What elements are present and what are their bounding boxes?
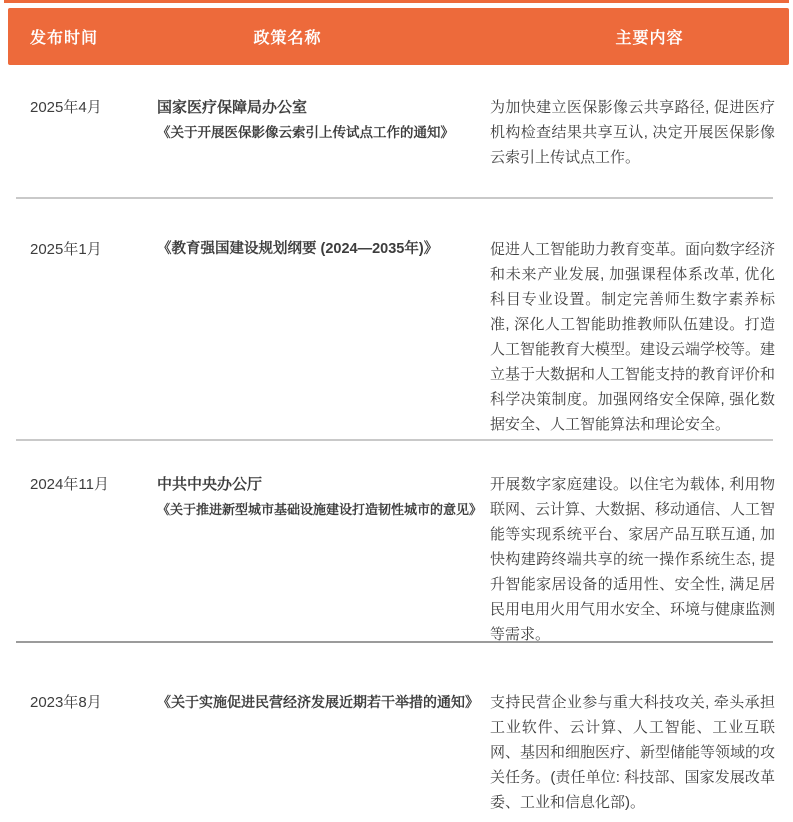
table-row: 2023年8月 《关于实施促进民营经济发展近期若干举措的通知》 支持民营企业参与… [0,643,793,822]
policy-summary: 支持民营企业参与重大科技攻关, 牵头承担工业软件、云计算、人工智能、工业互联网、… [490,690,775,815]
policy-title: 《关于实施促进民营经济发展近期若干举措的通知》 [157,690,482,715]
publish-date: 2024年11月 [30,472,157,497]
policy-title: 《教育强国建设规划纲要 (2024—2035年)》 [157,237,482,262]
table-row: 2025年1月 《教育强国建设规划纲要 (2024—2035年)》 促进人工智能… [0,199,793,439]
table-header: 发布时间 政策名称 主要内容 [8,8,789,65]
publish-date: 2025年1月 [30,237,157,262]
policy-name: 《关于实施促进民营经济发展近期若干举措的通知》 [157,690,490,715]
table-row: 2025年4月 国家医疗保障局办公室 《关于开展医保影像云索引上传试点工作的通知… [0,65,793,197]
column-header-policy-name: 政策名称 [121,25,454,48]
policy-title: 《关于推进新型城市基础设施建设打造韧性城市的意见》 [157,497,482,522]
policy-issuing-org: 国家医疗保障局办公室 [157,95,482,120]
policy-title: 《关于开展医保影像云索引上传试点工作的通知》 [157,120,482,145]
table-row: 2024年11月 中共中央办公厅 《关于推进新型城市基础设施建设打造韧性城市的意… [0,441,793,641]
publish-date: 2025年4月 [30,95,157,120]
policy-name: 《教育强国建设规划纲要 (2024—2035年)》 [157,237,490,262]
policy-summary: 促进人工智能助力教育变革。面向数字经济和未来产业发展, 加强课程体系改革, 优化… [490,237,775,437]
policy-name: 中共中央办公厅 《关于推进新型城市基础设施建设打造韧性城市的意见》 [157,472,490,522]
policy-summary: 为加快建立医保影像云共享路径, 促进医疗机构检查结果共享互认, 决定开展医保影像… [490,95,775,170]
policy-name: 国家医疗保障局办公室 《关于开展医保影像云索引上传试点工作的通知》 [157,95,490,145]
top-accent-strip [4,0,789,3]
policy-issuing-org: 中共中央办公厅 [157,472,482,497]
publish-date: 2023年8月 [30,690,157,715]
policy-summary: 开展数字家庭建设。以住宅为载体, 利用物联网、云计算、大数据、移动通信、人工智能… [490,472,775,647]
column-header-main-content: 主要内容 [500,25,793,48]
